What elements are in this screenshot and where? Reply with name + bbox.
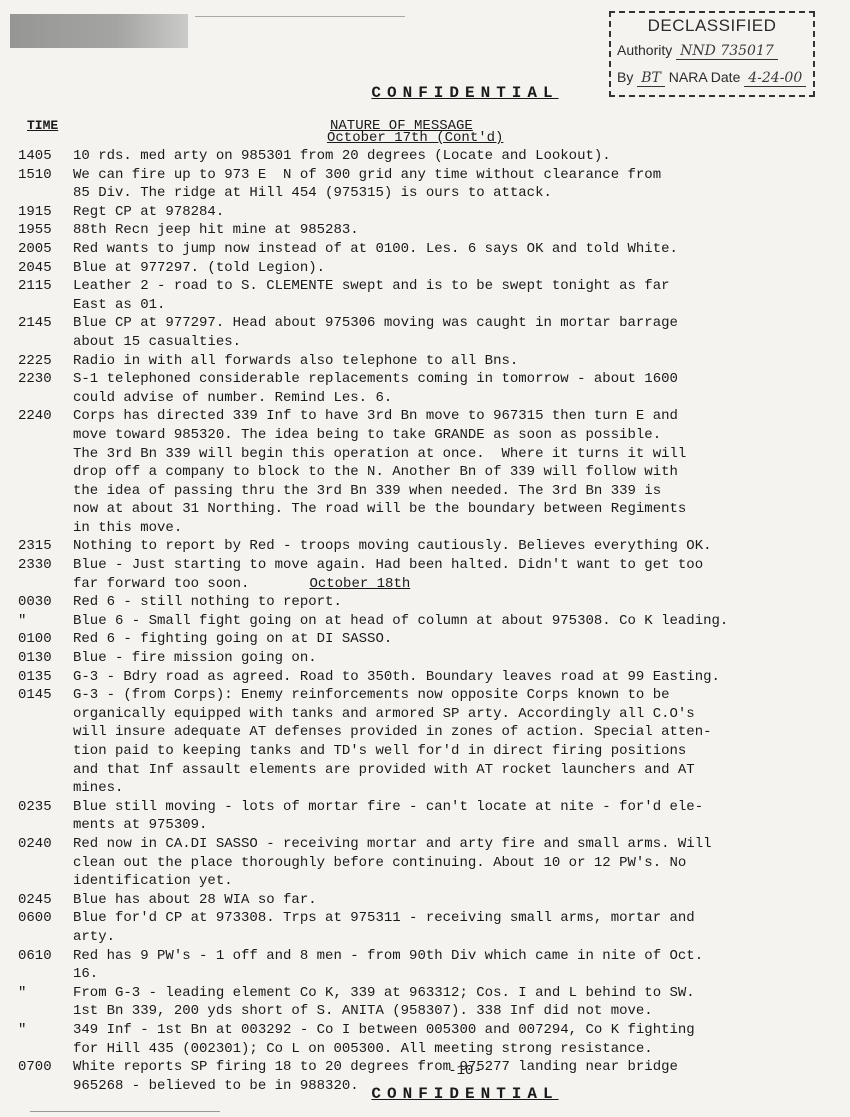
entry-message-text: S-1 telephoned considerable replacements… — [73, 371, 678, 406]
entry-time: 2045 — [18, 259, 73, 278]
entry-message: Blue - fire mission going on. — [73, 649, 818, 668]
entry-time: 0235 — [18, 798, 73, 835]
entry-time: 0600 — [18, 909, 73, 946]
entry-time: 0145 — [18, 686, 73, 798]
log-entry: 0135G-3 - Bdry road as agreed. Road to 3… — [18, 668, 818, 687]
entry-message: 349 Inf - 1st Bn at 003292 - Co I betwee… — [73, 1021, 818, 1058]
entry-time: 0610 — [18, 947, 73, 984]
entry-message-text: Regt CP at 978284. — [73, 204, 224, 220]
entry-message-text: Blue CP at 977297. Head about 975306 mov… — [73, 315, 678, 350]
log-entry: 0240Red now in CA.DI SASSO - receiving m… — [18, 835, 818, 891]
log-entry: "349 Inf - 1st Bn at 003292 - Co I betwe… — [18, 1021, 818, 1058]
column-header-time: TIME — [27, 118, 58, 133]
entry-time: 1955 — [18, 221, 73, 240]
stamp-title: DECLASSIFIED — [611, 16, 813, 36]
entry-time: 2240 — [18, 407, 73, 537]
entry-message: 10 rds. med arty on 985301 from 20 degre… — [73, 147, 818, 166]
entry-message-text: We can fire up to 973 E N of 300 grid an… — [73, 167, 661, 202]
entry-message-text: Blue at 977297. (told Legion). — [73, 260, 325, 276]
date-heading-oct18: October 18th — [309, 575, 410, 594]
entry-message-text: Blue 6 - Small fight going on at head of… — [73, 613, 728, 629]
entry-time: 0240 — [18, 835, 73, 891]
entry-message: Blue has about 28 WIA so far. — [73, 891, 818, 910]
entry-message-text: Red 6 - fighting going on at DI SASSO. — [73, 631, 392, 647]
scan-line-bottom — [30, 1111, 220, 1112]
entry-message-text: Corps has directed 339 Inf to have 3rd B… — [73, 408, 686, 536]
entry-message-text: Red wants to jump now instead of at 0100… — [73, 241, 678, 257]
stamp-authority: Authority NND 735017 — [617, 42, 778, 59]
entry-time: " — [18, 1021, 73, 1058]
entry-message-text: Blue for'd CP at 973308. Trps at 975311 … — [73, 910, 695, 945]
classification-bottom: CONFIDENTIAL — [80, 1085, 850, 1103]
log-entry: 0030Red 6 - still nothing to report. — [18, 593, 818, 612]
entry-message: Radio in with all forwards also telephon… — [73, 352, 818, 371]
log-entry: 1915Regt CP at 978284. — [18, 203, 818, 222]
entry-message: Blue CP at 977297. Head about 975306 mov… — [73, 314, 818, 351]
entry-message: 88th Recn jeep hit mine at 985283. — [73, 221, 818, 240]
scan-smudge — [10, 14, 188, 48]
entry-message: G-3 - (from Corps): Enemy reinforcements… — [73, 686, 818, 798]
classification-top: CONFIDENTIAL — [80, 84, 850, 102]
entry-message: Corps has directed 339 Inf to have 3rd B… — [73, 407, 818, 537]
entry-message-text: Red has 9 PW's - 1 off and 8 men - from … — [73, 948, 703, 983]
entry-time: 1915 — [18, 203, 73, 222]
entry-message: G-3 - Bdry road as agreed. Road to 350th… — [73, 668, 818, 687]
entry-message: Red now in CA.DI SASSO - receiving morta… — [73, 835, 818, 891]
entry-message-text: Blue has about 28 WIA so far. — [73, 892, 317, 908]
log-entry: 0245Blue has about 28 WIA so far. — [18, 891, 818, 910]
entry-time: 2145 — [18, 314, 73, 351]
log-entry: 2315Nothing to report by Red - troops mo… — [18, 537, 818, 556]
log-entry: 0610Red has 9 PW's - 1 off and 8 men - f… — [18, 947, 818, 984]
log-entry: 2145Blue CP at 977297. Head about 975306… — [18, 314, 818, 351]
classification-top-text: CONFIDENTIAL — [371, 84, 558, 102]
entry-time: 2005 — [18, 240, 73, 259]
entry-message: Leather 2 - road to S. CLEMENTE swept an… — [73, 277, 818, 314]
entry-message-text: 88th Recn jeep hit mine at 985283. — [73, 222, 359, 238]
entry-time: " — [18, 612, 73, 631]
entry-message: Red 6 - still nothing to report. — [73, 593, 818, 612]
stamp-authority-label: Authority — [617, 42, 672, 58]
entry-message-text: G-3 - Bdry road as agreed. Road to 350th… — [73, 669, 720, 685]
stamp-nara-date-label: NARA Date — [669, 69, 741, 85]
entry-message-text: From G-3 - leading element Co K, 339 at … — [73, 985, 695, 1020]
entry-message: Red wants to jump now instead of at 0100… — [73, 240, 818, 259]
log-entry: 0100Red 6 - fighting going on at DI SASS… — [18, 630, 818, 649]
scan-line — [195, 16, 405, 17]
entry-message-text: Blue still moving - lots of mortar fire … — [73, 799, 703, 834]
entry-message: S-1 telephoned considerable replacements… — [73, 370, 818, 407]
entry-message-text: Blue - fire mission going on. — [73, 650, 317, 666]
log-entry: 2240Corps has directed 339 Inf to have 3… — [18, 407, 818, 537]
entry-time: 0130 — [18, 649, 73, 668]
entry-message: Regt CP at 978284. — [73, 203, 818, 222]
entry-time: 0135 — [18, 668, 73, 687]
entry-message-text: Red now in CA.DI SASSO - receiving morta… — [73, 836, 712, 889]
entry-message: Nothing to report by Red - troops moving… — [73, 537, 818, 556]
entry-message: Blue for'd CP at 973308. Trps at 975311 … — [73, 909, 818, 946]
entry-message-text: Leather 2 - road to S. CLEMENTE swept an… — [73, 278, 670, 313]
log-entry: 140510 rds. med arty on 985301 from 20 d… — [18, 147, 818, 166]
entry-time: 2115 — [18, 277, 73, 314]
entry-time: 2230 — [18, 370, 73, 407]
entry-time: 2225 — [18, 352, 73, 371]
log-entry: 0235Blue still moving - lots of mortar f… — [18, 798, 818, 835]
log-entry: 0130Blue - fire mission going on. — [18, 649, 818, 668]
entry-time: " — [18, 984, 73, 1021]
entry-time: 2330 — [18, 556, 73, 593]
entry-time: 1510 — [18, 166, 73, 203]
log-entry: 195588th Recn jeep hit mine at 985283. — [18, 221, 818, 240]
date-heading-oct17: October 17th (Cont'd) — [327, 130, 503, 146]
entry-time: 0245 — [18, 891, 73, 910]
entry-time: 0100 — [18, 630, 73, 649]
entry-time: 0030 — [18, 593, 73, 612]
page-number: -10- — [0, 1063, 850, 1079]
entry-message-text: 349 Inf - 1st Bn at 003292 - Co I betwee… — [73, 1022, 695, 1057]
entry-message: Red has 9 PW's - 1 off and 8 men - from … — [73, 947, 818, 984]
entry-message-text: Nothing to report by Red - troops moving… — [73, 538, 712, 554]
log-entry: 2330Blue - Just starting to move again. … — [18, 556, 818, 593]
log-entry: 2045Blue at 977297. (told Legion). — [18, 259, 818, 278]
log-entry: 2005Red wants to jump now instead of at … — [18, 240, 818, 259]
log-entry: 2225Radio in with all forwards also tele… — [18, 352, 818, 371]
log-entry: 1510We can fire up to 973 E N of 300 gri… — [18, 166, 818, 203]
log-entry: 0145G-3 - (from Corps): Enemy reinforcem… — [18, 686, 818, 798]
classification-bottom-text: CONFIDENTIAL — [371, 1085, 558, 1103]
entry-message: We can fire up to 973 E N of 300 grid an… — [73, 166, 818, 203]
entry-message: From G-3 - leading element Co K, 339 at … — [73, 984, 818, 1021]
stamp-by-label: By — [617, 69, 633, 85]
log-entry: 2230S-1 telephoned considerable replacem… — [18, 370, 818, 407]
message-log: 140510 rds. med arty on 985301 from 20 d… — [18, 147, 818, 1095]
entry-message-text: Radio in with all forwards also telephon… — [73, 353, 518, 369]
entry-message-text: G-3 - (from Corps): Enemy reinforcements… — [73, 687, 712, 796]
entry-message: Blue still moving - lots of mortar fire … — [73, 798, 818, 835]
log-entry: 2115Leather 2 - road to S. CLEMENTE swep… — [18, 277, 818, 314]
log-entry: 0600Blue for'd CP at 973308. Trps at 975… — [18, 909, 818, 946]
entry-message-text: Red 6 - still nothing to report. — [73, 594, 342, 610]
log-entry: "Blue 6 - Small fight going on at head o… — [18, 612, 818, 631]
entry-message: Blue at 977297. (told Legion). — [73, 259, 818, 278]
entry-message: Red 6 - fighting going on at DI SASSO. — [73, 630, 818, 649]
stamp-authority-value: NND 735017 — [676, 43, 778, 60]
document-page: DECLASSIFIED Authority NND 735017 By BT … — [0, 0, 850, 1117]
entry-time: 2315 — [18, 537, 73, 556]
entry-message: Blue - Just starting to move again. Had … — [73, 556, 818, 593]
log-entry: "From G-3 - leading element Co K, 339 at… — [18, 984, 818, 1021]
entry-time: 1405 — [18, 147, 73, 166]
entry-message: Blue 6 - Small fight going on at head of… — [73, 612, 818, 631]
entry-message-text: 10 rds. med arty on 985301 from 20 degre… — [73, 148, 611, 164]
